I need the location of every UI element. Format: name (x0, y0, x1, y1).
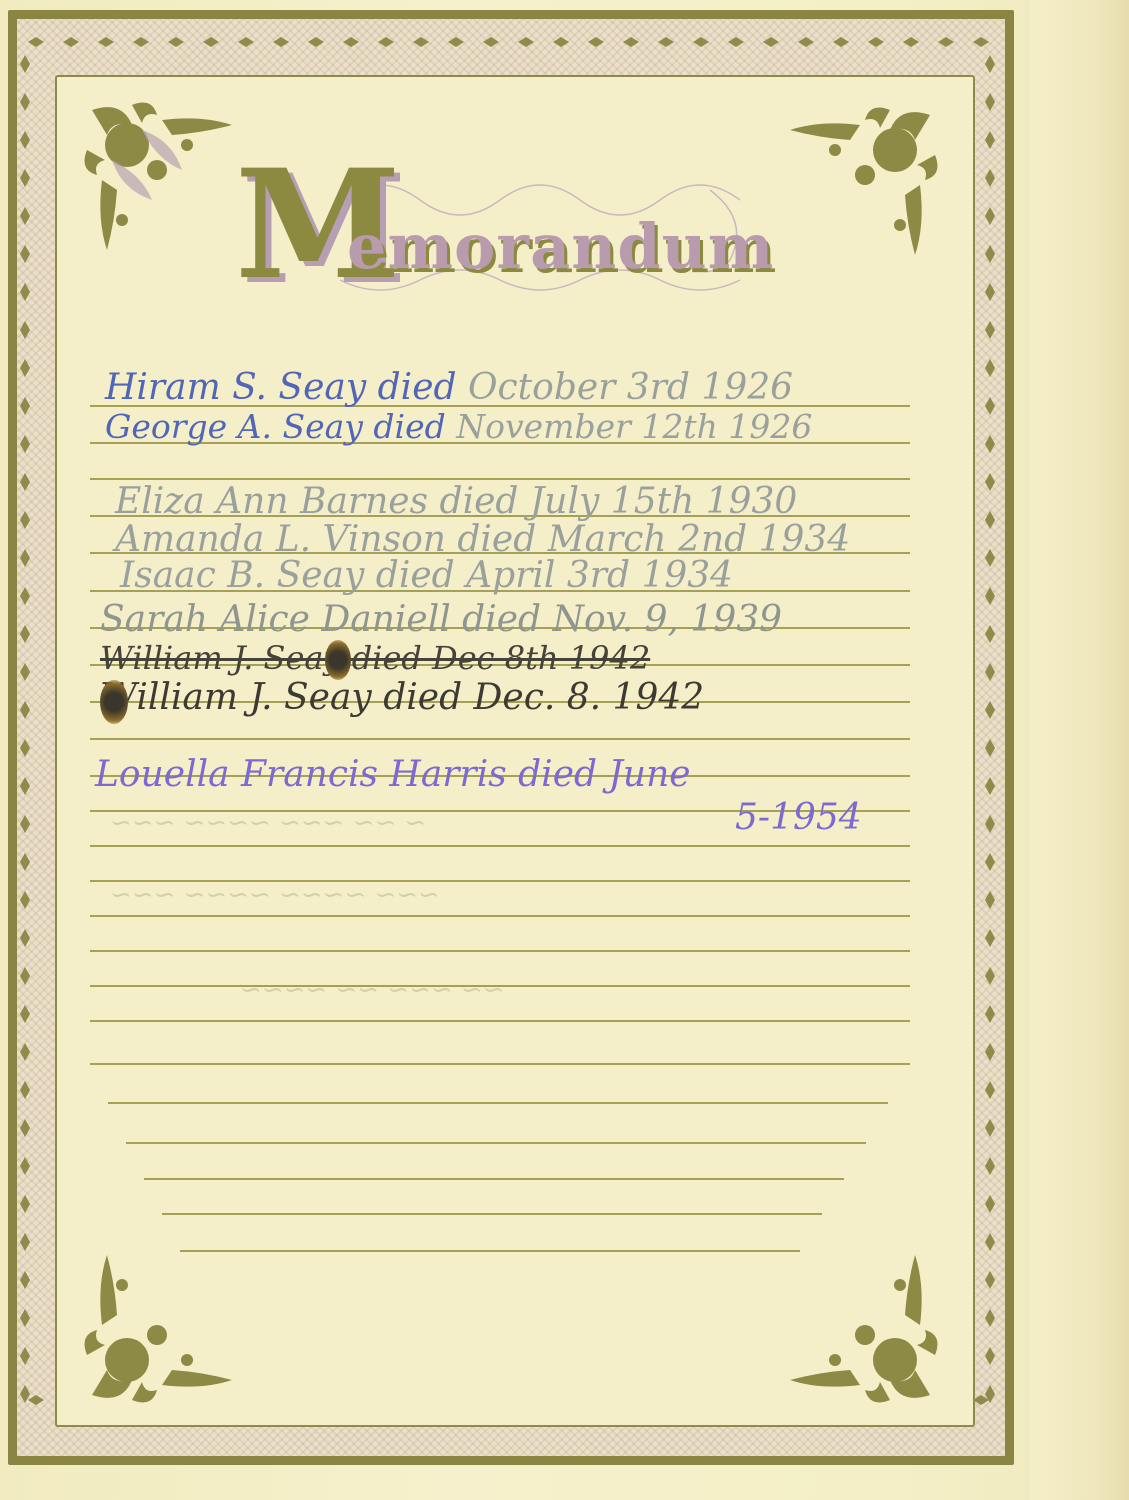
ruled-line (180, 1250, 800, 1252)
ruled-line (90, 1063, 910, 1065)
entry-eliza-barnes: Eliza Ann Barnes died July 15th 1930 (115, 482, 797, 522)
entry-sarah-daniell: Sarah Alice Daniell died Nov. 9, 1939 (100, 600, 782, 640)
ruled-line (162, 1213, 822, 1215)
bleed-through-text: ~ ~~ ~~~ ~~~~ ~~~ (110, 808, 426, 838)
bleed-through-text: ~~~ ~~~~ ~~~~ ~~~ (110, 880, 440, 910)
page-title: M emorandum (235, 150, 775, 300)
ruled-line (144, 1178, 844, 1180)
ruled-line (126, 1142, 866, 1144)
entry-louella-harris-date: 5-1954 (735, 798, 862, 838)
ruled-line (90, 478, 910, 480)
entry-isaac-seay: Isaac B. Seay died April 3rd 1934 (120, 556, 733, 596)
floral-ornament-icon (750, 1215, 950, 1415)
floral-ornament-icon (72, 1215, 272, 1415)
entry-amanda-vinson: Amanda L. Vinson died March 2nd 1934 (115, 520, 850, 560)
ruled-line (90, 915, 910, 917)
ruled-line (90, 845, 910, 847)
ink-blot (100, 680, 128, 724)
ruled-line (90, 1020, 910, 1022)
ruled-line (108, 1102, 888, 1104)
ruled-line (90, 738, 910, 740)
title-rest: emorandum (347, 210, 774, 283)
ruled-line (90, 950, 910, 952)
entry-william-seay-struck: William J. Seay died Dec 8th 1942 (100, 638, 650, 678)
entry-hiram-seay: Hiram S. Seay died October 3rd 1926 (105, 368, 793, 408)
entry-george-seay: George A. Seay died November 12th 1926 (105, 407, 812, 447)
entry-william-seay: William J. Seay died Dec. 8. 1942 (100, 678, 704, 718)
bleed-through-text: ~~ ~~~ ~~ ~~~~ (240, 975, 504, 1005)
page-edge (1030, 0, 1129, 1500)
entry-louella-harris: Louella Francis Harris died June (95, 755, 691, 795)
ink-blot (325, 640, 351, 680)
floral-ornament-icon (750, 95, 950, 295)
